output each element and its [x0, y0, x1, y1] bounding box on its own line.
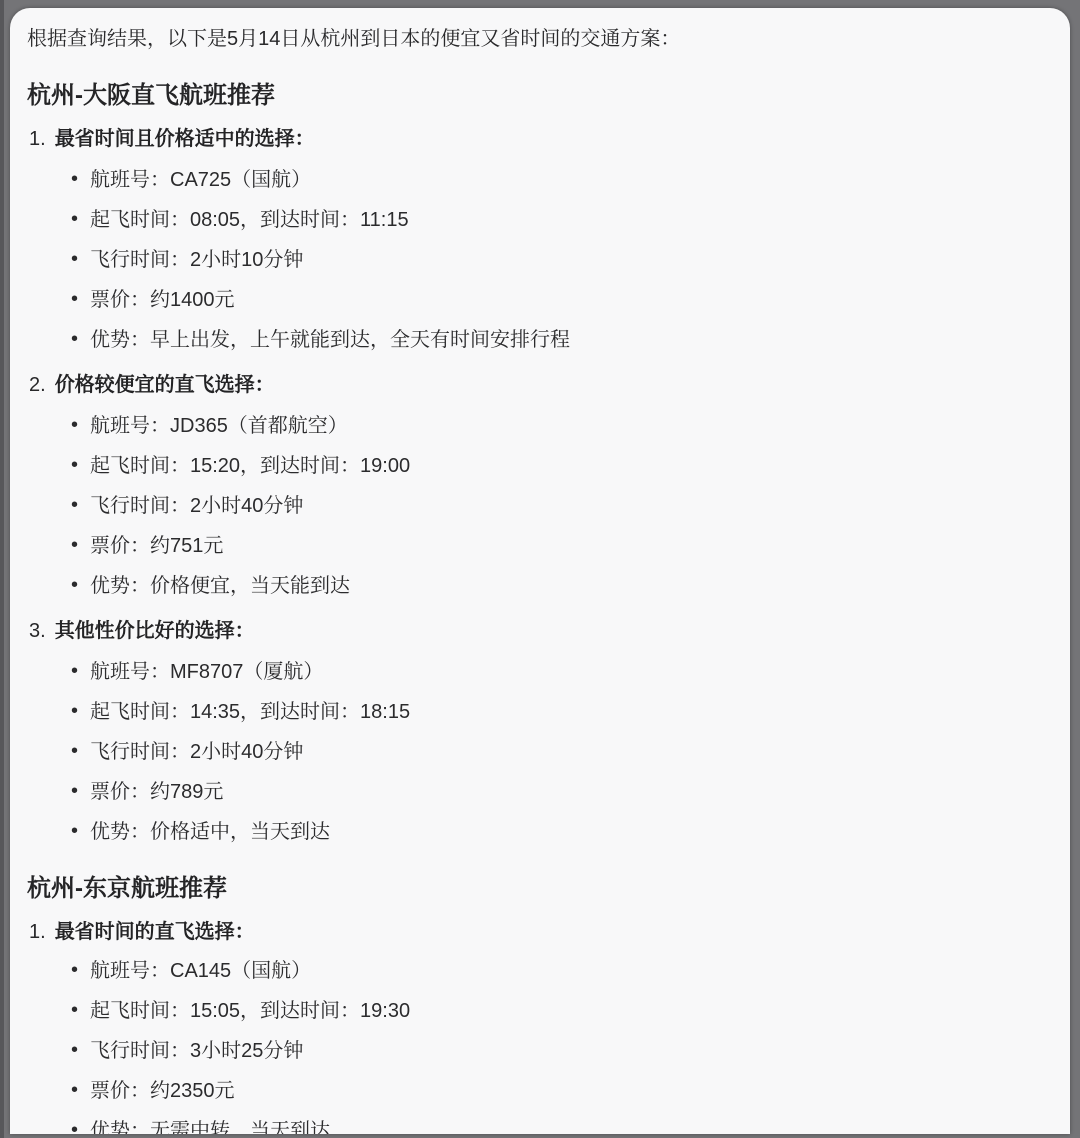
bullet-icon: • — [71, 452, 78, 478]
bullet-icon: • — [71, 997, 78, 1023]
bullet-icon: • — [71, 572, 78, 598]
flight-detail-text: 航班号：CA725（国航） — [90, 169, 311, 191]
window-left-edge — [0, 0, 4, 1138]
bullet-icon: • — [71, 166, 78, 192]
option-number: 1. — [29, 919, 46, 946]
flight-detail-list: •航班号：MF8707（厦航）•起飞时间：14:35，到达时间：18:15•飞行… — [26, 659, 1046, 845]
flight-detail-item: •飞行时间：2小时40分钟 — [26, 739, 1046, 765]
flight-option-item: 2.价格较便宜的直飞选择： — [29, 372, 1046, 399]
option-title: 价格较便宜的直飞选择： — [55, 372, 275, 399]
bullet-icon: • — [71, 492, 78, 518]
flight-detail-text: 航班号：CA145（国航） — [90, 960, 311, 982]
flight-detail-list: •航班号：CA145（国航）•起飞时间：15:05，到达时间：19:30•飞行时… — [26, 958, 1046, 1134]
flight-detail-text: 优势：价格适中，当天到达 — [90, 821, 330, 843]
bullet-icon: • — [71, 738, 78, 764]
flight-detail-item: •航班号：MF8707（厦航） — [26, 659, 1046, 685]
flight-detail-item: •起飞时间：15:05，到达时间：19:30 — [26, 998, 1046, 1024]
flight-detail-text: 优势：价格便宜，当天能到达 — [90, 575, 350, 597]
flight-detail-text: 飞行时间：2小时40分钟 — [90, 741, 303, 763]
flight-detail-item: •起飞时间：14:35，到达时间：18:15 — [26, 699, 1046, 725]
flight-detail-item: •航班号：JD365（首都航空） — [26, 413, 1046, 439]
flight-sections: 杭州-大阪直飞航班推荐1.最省时间且价格适中的选择：•航班号：CA725（国航）… — [26, 81, 1046, 1134]
flight-detail-text: 起飞时间：14:35，到达时间：18:15 — [90, 701, 410, 723]
bullet-icon: • — [71, 532, 78, 558]
flight-detail-item: •航班号：CA725（国航） — [26, 167, 1046, 193]
option-number: 1. — [29, 126, 46, 153]
bullet-icon: • — [71, 957, 78, 983]
flight-detail-text: 起飞时间：15:05，到达时间：19:30 — [90, 1000, 410, 1022]
bullet-icon: • — [71, 1117, 78, 1134]
flight-detail-text: 航班号：MF8707（厦航） — [90, 661, 323, 683]
flight-detail-text: 起飞时间：15:20，到达时间：19:00 — [90, 455, 410, 477]
flight-detail-text: 飞行时间：2小时40分钟 — [90, 495, 303, 517]
option-number: 3. — [29, 618, 46, 645]
flight-detail-list: •航班号：JD365（首都航空）•起飞时间：15:20，到达时间：19:00•飞… — [26, 413, 1046, 599]
flight-detail-list: •航班号：CA725（国航）•起飞时间：08:05，到达时间：11:15•飞行时… — [26, 167, 1046, 353]
bullet-icon: • — [71, 658, 78, 684]
flight-detail-text: 票价：约1400元 — [90, 289, 235, 311]
flight-detail-item: •优势：无需中转，当天到达 — [26, 1118, 1046, 1134]
flight-detail-text: 飞行时间：2小时10分钟 — [90, 249, 303, 271]
bullet-icon: • — [71, 698, 78, 724]
flight-detail-item: •优势：价格便宜，当天能到达 — [26, 573, 1046, 599]
option-title: 最省时间的直飞选择： — [55, 919, 255, 946]
flight-detail-item: •票价：约2350元 — [26, 1078, 1046, 1104]
flight-detail-text: 票价：约789元 — [90, 781, 223, 803]
flight-detail-item: •优势：价格适中，当天到达 — [26, 819, 1046, 845]
section-heading: 杭州-东京航班推荐 — [27, 874, 1046, 904]
flight-detail-item: •起飞时间：08:05，到达时间：11:15 — [26, 207, 1046, 233]
flight-detail-text: 优势：无需中转，当天到达 — [90, 1120, 330, 1134]
assistant-message-card: 根据查询结果，以下是5月14日从杭州到日本的便宜又省时间的交通方案： 杭州-大阪… — [10, 8, 1070, 1134]
flight-detail-item: •票价：约789元 — [26, 779, 1046, 805]
option-title: 其他性价比好的选择： — [55, 618, 255, 645]
flight-option-item: 1.最省时间且价格适中的选择： — [29, 126, 1046, 153]
bullet-icon: • — [71, 206, 78, 232]
bullet-icon: • — [71, 326, 78, 352]
flight-detail-item: •航班号：CA145（国航） — [26, 958, 1046, 984]
bullet-icon: • — [71, 286, 78, 312]
flight-detail-item: •票价：约751元 — [26, 533, 1046, 559]
option-title: 最省时间且价格适中的选择： — [55, 126, 315, 153]
option-number: 2. — [29, 372, 46, 399]
bullet-icon: • — [71, 778, 78, 804]
flight-detail-text: 票价：约2350元 — [90, 1080, 235, 1102]
flight-detail-item: •飞行时间：3小时25分钟 — [26, 1038, 1046, 1064]
flight-detail-text: 票价：约751元 — [90, 535, 223, 557]
flight-detail-text: 飞行时间：3小时25分钟 — [90, 1040, 303, 1062]
flight-detail-text: 起飞时间：08:05，到达时间：11:15 — [90, 209, 409, 231]
flight-detail-text: 优势：早上出发，上午就能到达，全天有时间安排行程 — [90, 329, 570, 351]
flight-detail-item: •飞行时间：2小时40分钟 — [26, 493, 1046, 519]
section-heading: 杭州-大阪直飞航班推荐 — [27, 81, 1046, 111]
flight-detail-item: •起飞时间：15:20，到达时间：19:00 — [26, 453, 1046, 479]
bullet-icon: • — [71, 1077, 78, 1103]
intro-paragraph: 根据查询结果，以下是5月14日从杭州到日本的便宜又省时间的交通方案： — [27, 26, 1046, 52]
bullet-icon: • — [71, 818, 78, 844]
flight-option-item: 3.其他性价比好的选择： — [29, 618, 1046, 645]
bullet-icon: • — [71, 412, 78, 438]
flight-detail-item: •票价：约1400元 — [26, 287, 1046, 313]
flight-detail-text: 航班号：JD365（首都航空） — [90, 415, 348, 437]
flight-detail-item: •优势：早上出发，上午就能到达，全天有时间安排行程 — [26, 327, 1046, 353]
flight-detail-item: •飞行时间：2小时10分钟 — [26, 247, 1046, 273]
flight-option-item: 1.最省时间的直飞选择： — [29, 919, 1046, 946]
bullet-icon: • — [71, 1037, 78, 1063]
bullet-icon: • — [71, 246, 78, 272]
